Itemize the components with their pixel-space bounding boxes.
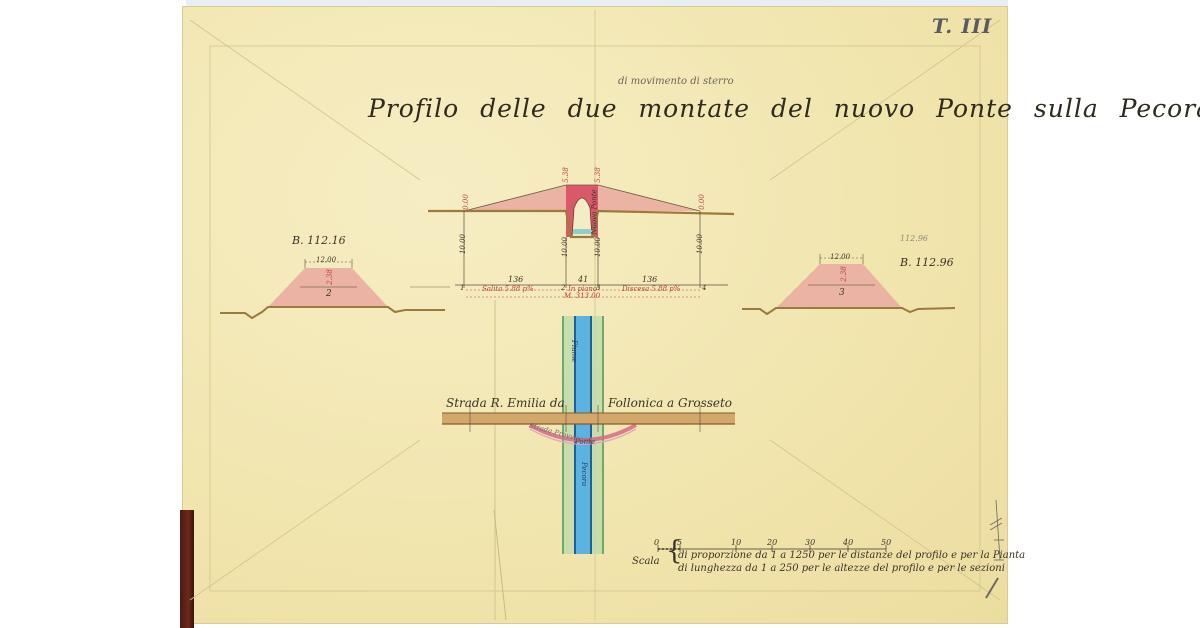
segment-label: Salita 5.88 p% <box>482 285 534 293</box>
segment-distance: 136 <box>642 275 657 284</box>
elevation-label: 0.00 <box>698 194 706 210</box>
scale-tick: 20 <box>767 538 777 547</box>
section-number-right: 3 <box>839 288 845 298</box>
section-number-left: 2 <box>326 289 332 299</box>
scale-tick: 0 <box>654 538 659 547</box>
scale-tick: 10 <box>731 538 741 547</box>
road-label-left: Strada R. Emilia da <box>446 396 565 410</box>
section-label-right: B. 112.96 <box>900 256 954 269</box>
section-width-right: 12.00 <box>830 253 850 261</box>
section-width-left: 12.00 <box>316 256 336 264</box>
scale-tick: 50 <box>881 538 891 547</box>
elevation-label: 0.00 <box>462 194 470 210</box>
plate-number: T. III <box>932 14 992 38</box>
bridge-label: Nuovo Ponte <box>591 189 599 234</box>
drawing-title: Profilo delle due montate del nuovo Pont… <box>368 94 1200 123</box>
ground-elevation-label: 10.00 <box>561 237 569 257</box>
point-number: 1 <box>460 284 464 292</box>
scale-tick: 40 <box>843 538 853 547</box>
river-label-bottom: Pecora <box>580 462 588 486</box>
section-pencil-note-right: 112.96 <box>900 234 928 243</box>
section-height-right: 2.38 <box>840 266 848 282</box>
ground-elevation-label: 10.00 <box>594 237 602 257</box>
section-label-left: B. 112.16 <box>292 234 346 247</box>
ground-elevation-label: 10.00 <box>696 234 704 254</box>
point-number: 4 <box>702 284 706 292</box>
title-annotation: di movimento di sterro <box>618 76 734 87</box>
road-label-right: Follonica a Grosseto <box>608 396 732 410</box>
scale-line-1: di proporzione da 1 a 1250 per le distan… <box>678 549 1025 562</box>
ground-elevation-label: 10.00 <box>459 234 467 254</box>
scale-label: Scala <box>632 555 660 568</box>
point-number: 2 <box>561 284 565 292</box>
section-height-left: 2.38 <box>326 269 334 285</box>
cross-section-left <box>220 259 450 318</box>
scale-tick: 30 <box>805 538 815 547</box>
elevation-label: 5.38 <box>594 167 602 183</box>
segment-label: Discesa 5.88 p% <box>622 285 680 293</box>
segment-distance: 136 <box>508 275 523 284</box>
scale-line-2: di lunghezza da 1 a 250 per le altezze d… <box>678 562 1005 575</box>
segment-distance: 41 <box>578 275 588 284</box>
river-label-top: Fiume <box>570 340 578 362</box>
total-length: M. 313.00 <box>564 292 600 300</box>
elevation-label: 5.38 <box>562 167 570 183</box>
